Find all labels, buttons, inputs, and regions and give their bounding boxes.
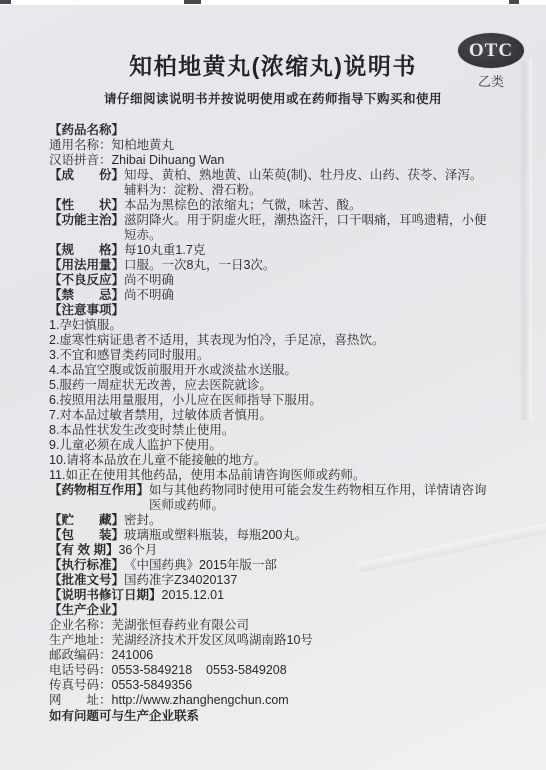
section-standard: 【执行标准】 《中国药典》2015年版一部 bbox=[49, 558, 524, 573]
section-properties: 【性 状】 本品为黑棕色的浓缩丸；气微，味苦、酸。 bbox=[49, 198, 524, 213]
section-label: 【功能主治】 bbox=[49, 213, 124, 228]
website-url: http://www.zhanghengchun.com bbox=[112, 693, 289, 708]
section-indications: 【功能主治】 滋阴降火。用于阴虚火旺，潮热盗汗，口干咽痛，耳鸣遗精，小便 短赤。 bbox=[49, 213, 524, 243]
field-value: Zhibai Dihuang Wan bbox=[112, 153, 225, 168]
precaution-item: 10.请将本品放在儿童不能接触的地方。 bbox=[49, 453, 524, 468]
field-label: 电话号码： bbox=[49, 663, 112, 678]
section-adverse-reactions: 【不良反应】 尚不明确 bbox=[49, 273, 524, 288]
photo-edge-artifact bbox=[0, 0, 11, 4]
section-value: 如与其他药物同时使用可能会发生药物相互作用，详情请咨询 医师或药师。 bbox=[149, 483, 487, 513]
section-label: 【药品名称】 bbox=[49, 123, 124, 138]
footer-note: 如有问题可与生产企业联系 bbox=[49, 709, 524, 724]
section-label: 【生产企业】 bbox=[49, 603, 124, 618]
field-value: 0553-5849356 bbox=[112, 678, 193, 693]
field-value: 0553-5849218 0553-5849208 bbox=[112, 663, 287, 678]
section-label: 【贮 藏】 bbox=[49, 513, 124, 528]
section-label: 【用法用量】 bbox=[49, 258, 124, 273]
section-ingredients: 【成 份】 知母、黄柏、熟地黄、山茱萸(制)、牡丹皮、山药、茯苓、泽泻。辅料为：… bbox=[49, 168, 524, 198]
section-value: 滋阴降火。用于阴虚火旺，潮热盗汗，口干咽痛，耳鸣遗精，小便 短赤。 bbox=[124, 213, 487, 243]
ingredients-aux: 辅料为：淀粉、滑石粉。 bbox=[124, 183, 262, 197]
section-storage: 【贮 藏】 密封。 bbox=[49, 513, 524, 528]
section-value: 《中国药典》2015年版一部 bbox=[124, 558, 277, 573]
precaution-item: 4.本品宜空腹或饭前服用开水或淡盐水送服。 bbox=[49, 363, 524, 378]
field-company-name: 企业名称： 芜湖张恒春药业有限公司 bbox=[49, 618, 524, 633]
precaution-item: 8.本品性状发生改变时禁止使用。 bbox=[49, 423, 524, 438]
section-precautions: 【注意事项】 bbox=[49, 303, 524, 318]
section-contraindications: 【禁 忌】 尚不明确 bbox=[49, 288, 524, 303]
field-label: 邮政编码： bbox=[49, 648, 112, 663]
section-label: 【规 格】 bbox=[49, 243, 124, 258]
ingredients-main: 知母、黄柏、熟地黄、山茱萸(制)、牡丹皮、山药、茯苓、泽泻。 bbox=[124, 168, 482, 182]
section-label: 【执行标准】 bbox=[49, 558, 124, 573]
section-value: 尚不明确 bbox=[124, 273, 174, 288]
field-label: 传真号码： bbox=[49, 678, 112, 693]
field-fax: 传真号码： 0553-5849356 bbox=[49, 678, 524, 693]
section-label: 【性 状】 bbox=[49, 198, 124, 213]
usage-advisory: 请仔细阅读说明书并按说明使用或在药师指导下购买和使用 bbox=[0, 89, 546, 107]
section-value: 口服。一次8丸，一日3次。 bbox=[124, 258, 275, 273]
field-value: 芜湖张恒春药业有限公司 bbox=[112, 618, 250, 633]
field-label: 汉语拼音： bbox=[49, 153, 112, 168]
precaution-item: 5.服药一周症状无改善，应去医院就诊。 bbox=[49, 378, 524, 393]
section-validity: 【有 效 期】 36个月 bbox=[49, 543, 524, 558]
field-zipcode: 邮政编码： 241006 bbox=[49, 648, 524, 663]
field-value: 241006 bbox=[112, 648, 154, 663]
precaution-item: 3.不宜和感冒类药同时服用。 bbox=[49, 348, 524, 363]
section-label: 【禁 忌】 bbox=[49, 288, 124, 303]
field-value: 知柏地黄丸 bbox=[112, 138, 175, 153]
precaution-item: 2.虚寒性病证患者不适用，其表现为怕冷，手足凉，喜热饮。 bbox=[49, 333, 524, 348]
section-label: 【包 装】 bbox=[49, 528, 124, 543]
insert-body: 【药品名称】 通用名称： 知柏地黄丸 汉语拼音： Zhibai Dihuang … bbox=[49, 123, 524, 724]
otc-ellipse-icon: OTC bbox=[458, 33, 524, 68]
photo-edge-artifact bbox=[509, 0, 519, 4]
section-manufacturer: 【生产企业】 bbox=[49, 603, 524, 618]
section-label: 【批准文号】 bbox=[49, 573, 124, 588]
section-label: 【注意事项】 bbox=[49, 303, 124, 318]
section-revision-date: 【说明书修订日期】 2015.12.01 bbox=[49, 588, 524, 603]
precaution-item: 11.如正在使用其他药品，使用本品前请咨询医师或药师。 bbox=[49, 468, 524, 483]
section-specification: 【规 格】 每10丸重1.7克 bbox=[49, 243, 524, 258]
section-value: 密封。 bbox=[124, 513, 162, 528]
field-label: 企业名称： bbox=[49, 618, 112, 633]
section-drug-name: 【药品名称】 bbox=[49, 123, 524, 138]
otc-label: OTC bbox=[469, 40, 513, 62]
section-value: 国药准字Z34020137 bbox=[124, 573, 237, 588]
section-value: 36个月 bbox=[118, 543, 157, 558]
section-dosage: 【用法用量】 口服。一次8丸，一日3次。 bbox=[49, 258, 524, 273]
field-label: 网 址： bbox=[49, 693, 112, 708]
section-interactions: 【药物相互作用】 如与其他药物同时使用可能会发生药物相互作用，详情请咨询 医师或… bbox=[49, 483, 524, 513]
section-value: 每10丸重1.7克 bbox=[124, 243, 205, 258]
otc-badge: OTC 乙类 bbox=[455, 33, 527, 90]
section-value: 玻璃瓶或塑料瓶装，每瓶200丸。 bbox=[124, 528, 307, 543]
field-label: 通用名称： bbox=[49, 138, 112, 153]
section-label: 【不良反应】 bbox=[49, 273, 124, 288]
precaution-item: 1.孕妇慎服。 bbox=[49, 318, 524, 333]
field-value: 芜湖经济技术开发区凤鸣湖南路10号 bbox=[112, 633, 313, 648]
photo-edge-artifact bbox=[184, 0, 201, 4]
field-generic-name: 通用名称： 知柏地黄丸 bbox=[49, 138, 524, 153]
package-insert-photo: 知柏地黄丸(浓缩丸)说明书 请仔细阅读说明书并按说明使用或在药师指导下购买和使用… bbox=[0, 0, 546, 770]
field-pinyin: 汉语拼音： Zhibai Dihuang Wan bbox=[49, 153, 524, 168]
field-label: 生产地址： bbox=[49, 633, 112, 648]
precaution-item: 9.儿童必须在成人监护下使用。 bbox=[49, 438, 524, 453]
section-value: 尚不明确 bbox=[124, 288, 174, 303]
section-value: 知母、黄柏、熟地黄、山茱萸(制)、牡丹皮、山药、茯苓、泽泻。辅料为：淀粉、滑石粉… bbox=[124, 168, 482, 198]
otc-category-label: 乙类 bbox=[455, 71, 527, 90]
field-website: 网 址： http://www.zhanghengchun.com bbox=[49, 693, 524, 708]
field-phone: 电话号码： 0553-5849218 0553-5849208 bbox=[49, 663, 524, 678]
section-label: 【说明书修订日期】 bbox=[49, 588, 162, 603]
section-label: 【药物相互作用】 bbox=[49, 483, 149, 498]
precaution-item: 6.按照用法用量服用，小儿应在医师指导下服用。 bbox=[49, 393, 524, 408]
section-value: 本品为黑棕色的浓缩丸；气微，味苦、酸。 bbox=[124, 198, 362, 213]
section-approval-number: 【批准文号】 国药准字Z34020137 bbox=[49, 573, 524, 588]
section-label: 【成 份】 bbox=[49, 168, 124, 183]
section-packaging: 【包 装】 玻璃瓶或塑料瓶装，每瓶200丸。 bbox=[49, 528, 524, 543]
section-value: 2015.12.01 bbox=[162, 588, 225, 603]
precaution-item: 7.对本品过敏者禁用，过敏体质者慎用。 bbox=[49, 408, 524, 423]
field-company-address: 生产地址： 芜湖经济技术开发区凤鸣湖南路10号 bbox=[49, 633, 524, 648]
section-label: 【有 效 期】 bbox=[49, 543, 118, 558]
